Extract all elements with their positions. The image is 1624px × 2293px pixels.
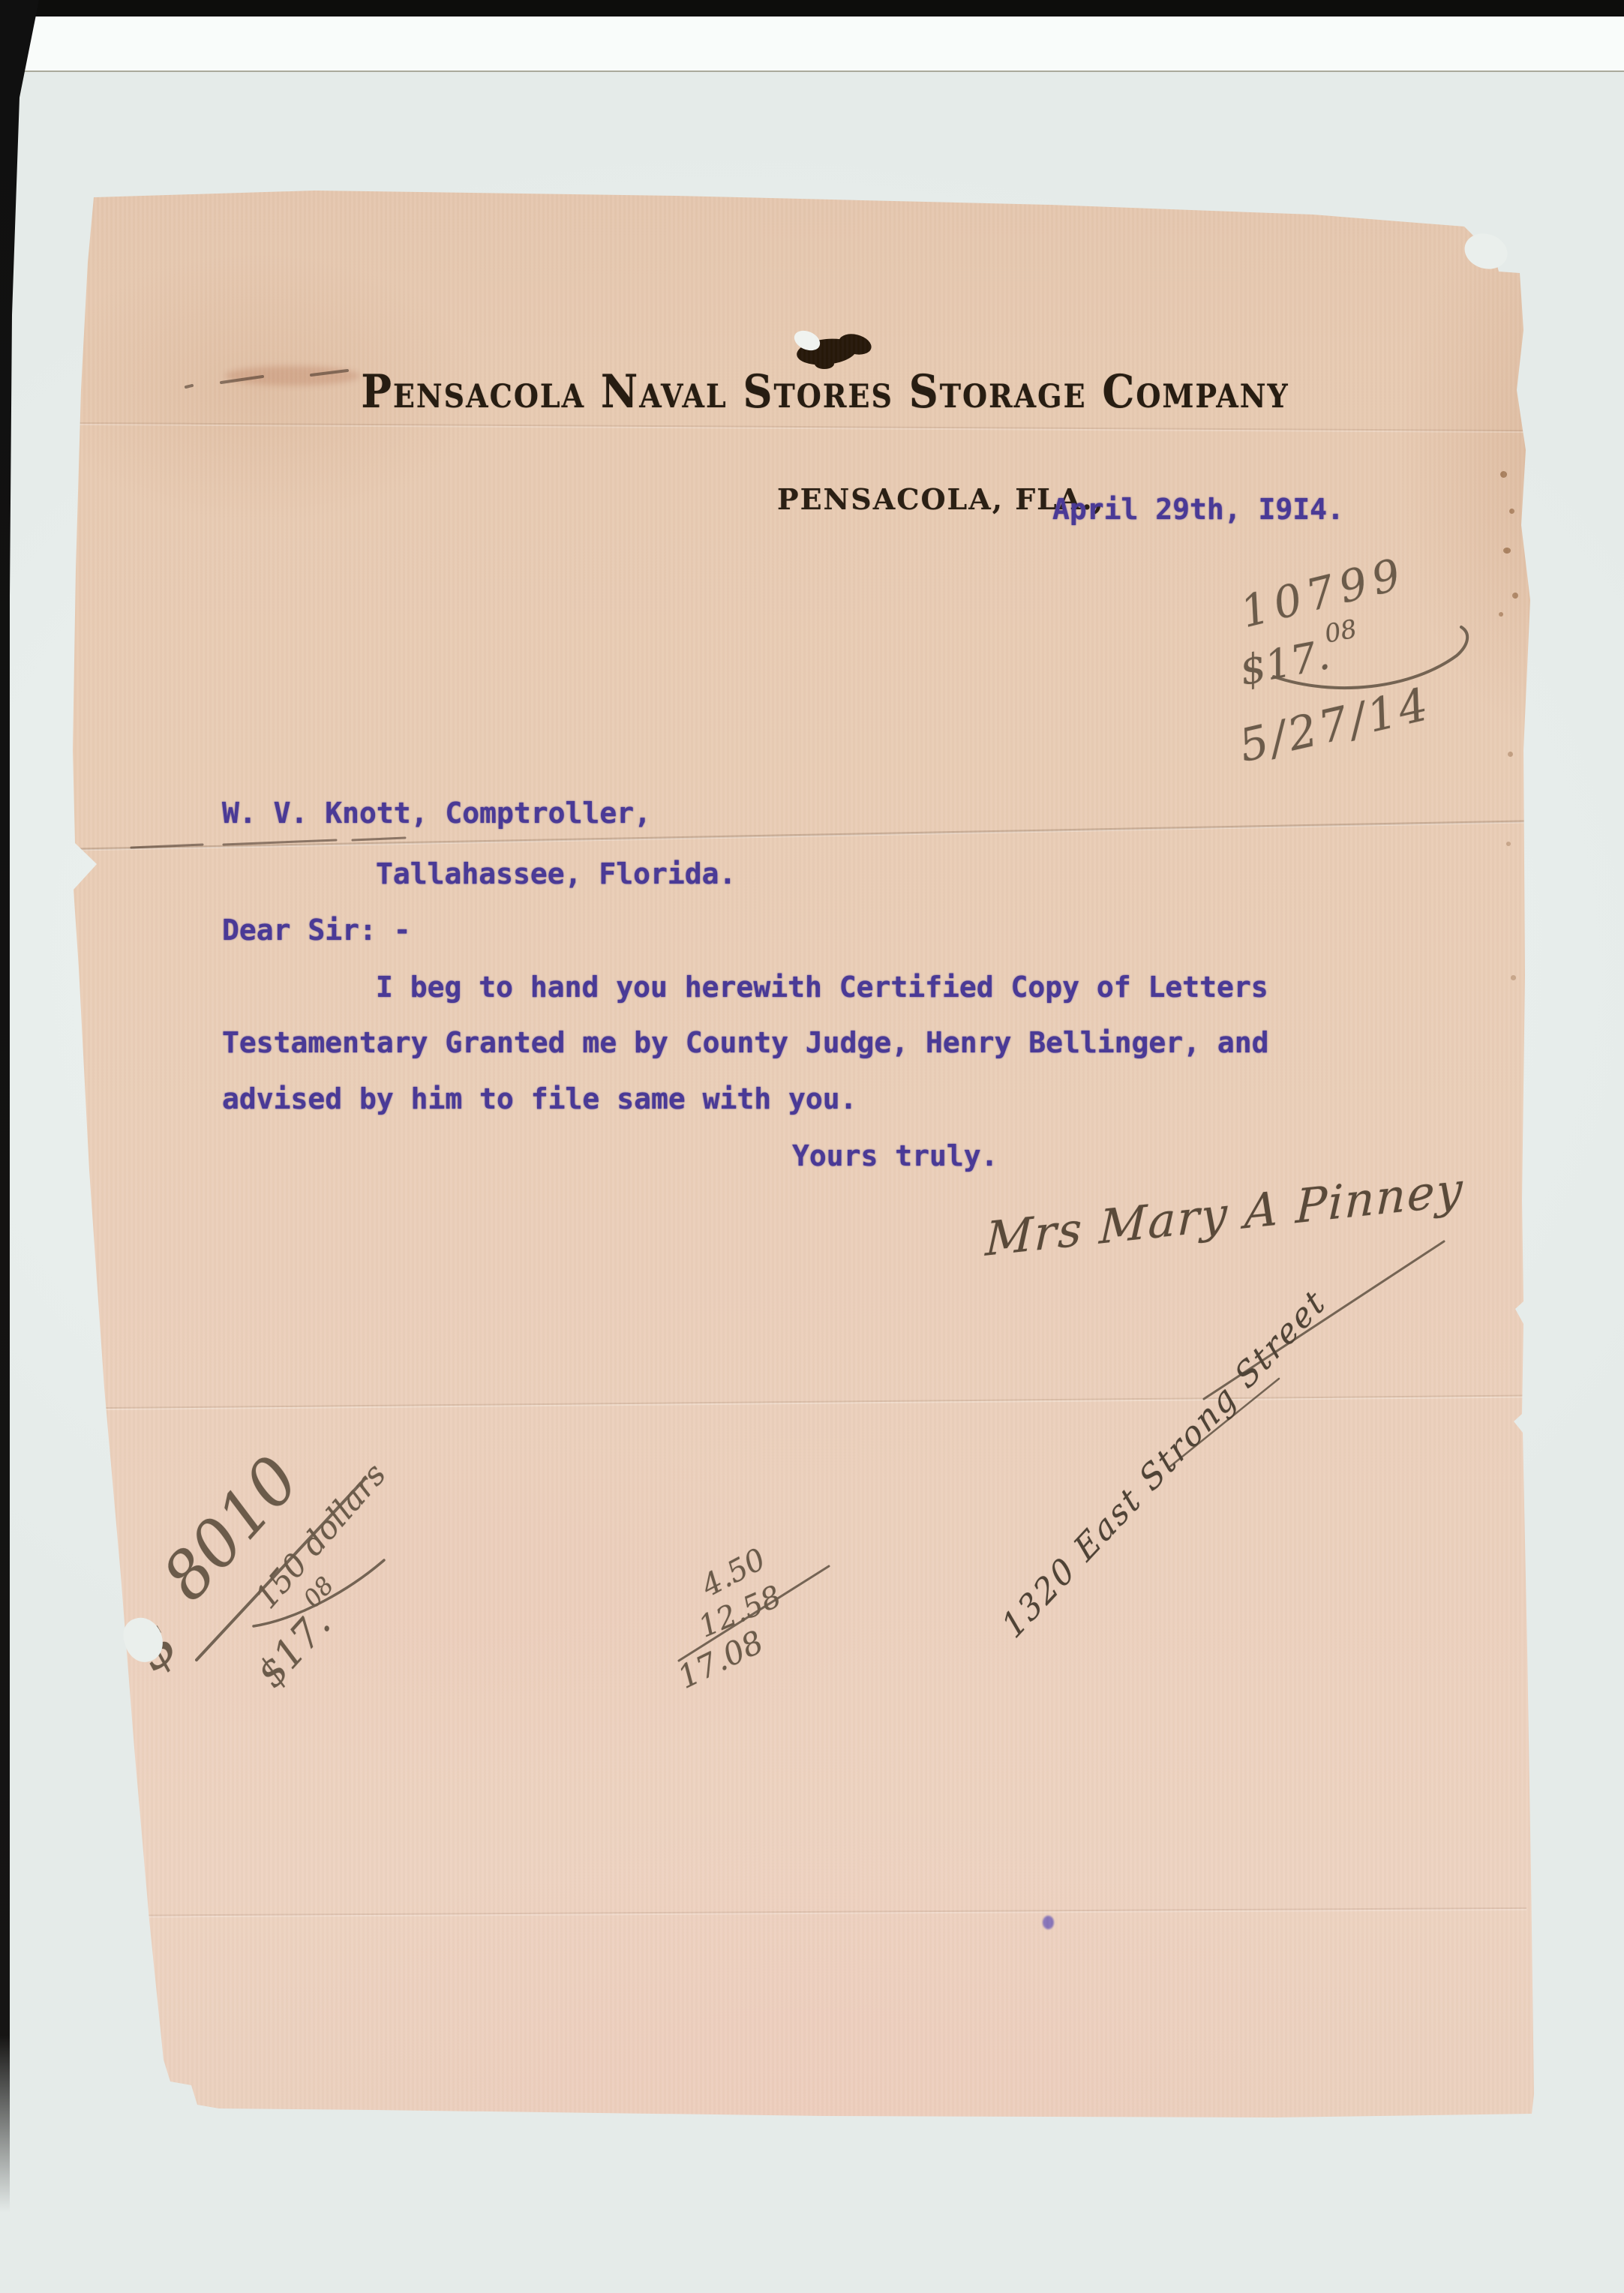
- body-line-2: Testamentary Granted me by County Judge,…: [222, 1026, 1269, 1059]
- fold-crease-top: [71, 422, 1526, 431]
- foxing-dot: [1511, 975, 1516, 980]
- foxing-dot: [1508, 752, 1513, 757]
- ink-blot-small: [837, 331, 874, 358]
- salutation: Dear Sir: -: [222, 914, 411, 947]
- letterhead-company-name: Pensacola Naval Stores Storage Company: [361, 365, 1289, 419]
- fold-crease-lower: [71, 1395, 1526, 1409]
- purple-ink-dot: [1043, 1916, 1054, 1929]
- annotation-amount-cents: 08: [1322, 614, 1359, 648]
- foxing-dot: [1506, 842, 1511, 846]
- foxing-dot: [1509, 509, 1514, 514]
- closing-line: Yours truly.: [792, 1139, 998, 1172]
- typed-date: April 29th, I9I4.: [1052, 493, 1344, 526]
- fold-crease-bottom: [71, 1907, 1526, 1916]
- body-line-3: advised by him to file same with you.: [222, 1082, 857, 1115]
- body-line-1: I beg to hand you herewith Certified Cop…: [376, 971, 1268, 1004]
- rust-smudge: [225, 366, 360, 386]
- foxing-dot: [1499, 612, 1503, 617]
- recipient-city-line: Tallahassee, Florida.: [376, 857, 736, 890]
- scanned-letter-page: Pensacola Naval Stores Storage Company P…: [0, 0, 1624, 2293]
- recipient-name-line: W. V. Knott, Comptroller,: [222, 797, 651, 830]
- scanner-frame-white-band: [0, 17, 1624, 72]
- scanner-frame-top-bar: [0, 0, 1624, 17]
- foxing-dot: [1500, 471, 1507, 478]
- scanner-frame-left-strip: [0, 0, 10, 2213]
- foxing-dot: [1503, 548, 1511, 554]
- foxing-dot: [1512, 593, 1518, 599]
